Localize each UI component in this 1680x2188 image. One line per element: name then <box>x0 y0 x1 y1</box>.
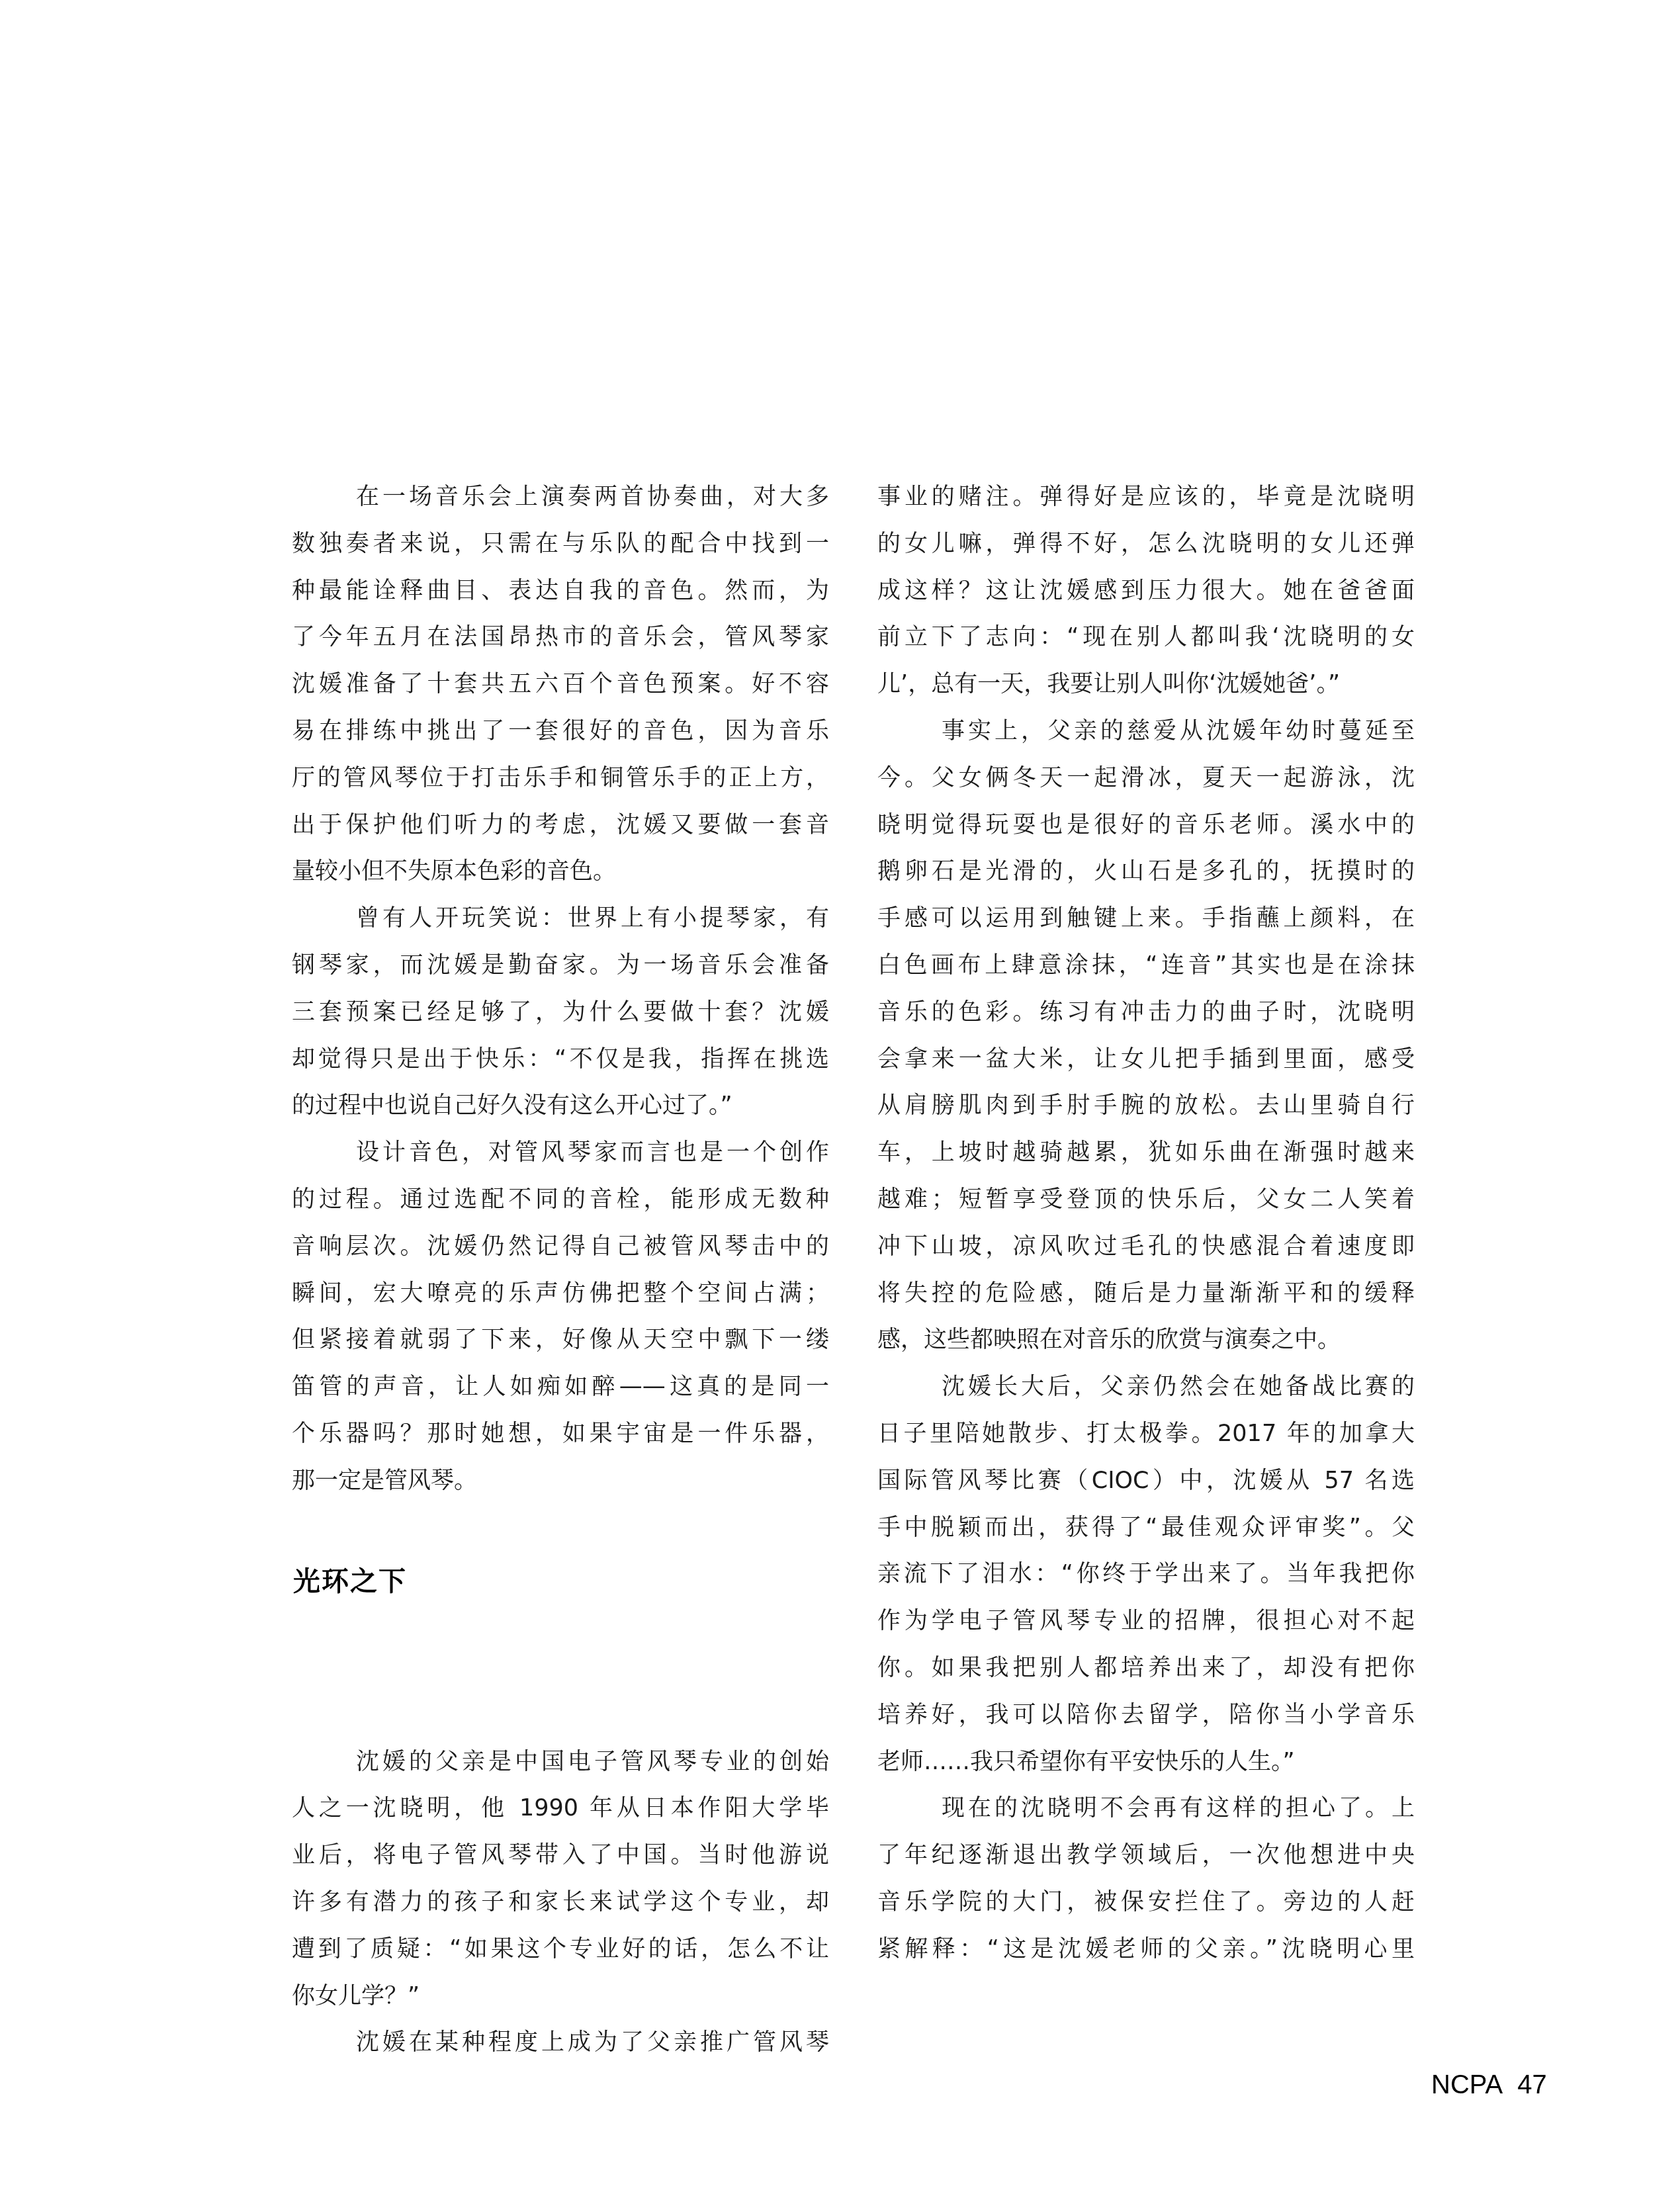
text-line: 的女儿嘛，弹得不好，怎么沈晓明的女儿还弹 <box>877 521 1415 568</box>
text-line: 瞬间，宏大嘹亮的乐声仿佛把整个空间占满； <box>292 1270 829 1317</box>
text-line: 个乐器吗？那时她想，如果宇宙是一件乐器， <box>292 1411 829 1458</box>
paragraph: 事业的赌注。弹得好是应该的，毕竟是沈晓明 的女儿嘛，弹得不好，怎么沈晓明的女儿还… <box>877 474 1415 708</box>
text-line: 音乐学院的大门，被保安拦住了。旁边的人赶 <box>877 1879 1415 1926</box>
text-line: 出于保护他们听力的考虑，沈媛又要做一套音 <box>292 802 829 849</box>
text-line: 你。如果我把别人都培养出来了，却没有把你 <box>877 1645 1415 1692</box>
text-line: 设计音色，对管风琴家而言也是一个创作 <box>292 1129 829 1176</box>
paragraph: 在一场音乐会上演奏两首协奏曲，对大多 数独奏者来说，只需在与乐队的配合中找到一 … <box>292 474 829 895</box>
text-line: 手中脱颖而出，获得了“最佳观众评审奖”。父 <box>877 1505 1415 1552</box>
text-line: 厅的管风琴位于打击乐手和铜管乐手的正上方， <box>292 755 829 802</box>
magazine-page: 在一场音乐会上演奏两首协奏曲，对大多 数独奏者来说，只需在与乐队的配合中找到一 … <box>0 0 1680 2188</box>
text-line: 沈媛准备了十套共五六百个音色预案。好不容 <box>292 661 829 708</box>
text-line: 却觉得只是出于快乐：“不仅是我，指挥在挑选 <box>292 1036 829 1083</box>
paragraph: 沈媛的父亲是中国电子管风琴专业的创始 人之一沈晓明，他 1990 年从日本作阳大… <box>292 1739 829 2020</box>
text-line: 沈媛的父亲是中国电子管风琴专业的创始 <box>292 1739 829 1786</box>
text-line: 感，这些都映照在对音乐的欣赏与演奏之中。 <box>877 1317 1415 1364</box>
text-line: 手感可以运用到触键上来。手指蘸上颜料，在 <box>877 895 1415 942</box>
text-line: 了年纪逐渐退出教学领域后，一次他想进中央 <box>877 1832 1415 1879</box>
section-heading: 光环之下 <box>293 1565 407 1598</box>
text-line: 种最能诠释曲目、表达自我的音色。然而，为 <box>292 568 829 615</box>
text-line: 音乐的色彩。练习有冲击力的曲子时，沈晓明 <box>877 989 1415 1036</box>
text-line: 国际管风琴比赛（CIOC）中，沈媛从 57 名选 <box>877 1458 1415 1505</box>
text-line: 冲下山坡，凉风吹过毛孔的快感混合着速度即 <box>877 1223 1415 1270</box>
text-line: 笛管的声音，让人如痴如醉——这真的是同一 <box>292 1364 829 1411</box>
paragraph: 设计音色，对管风琴家而言也是一个创作 的过程。通过选配不同的音栓，能形成无数种 … <box>292 1129 829 1504</box>
text-line: 从肩膀肌肉到手肘手腕的放松。去山里骑自行 <box>877 1082 1415 1129</box>
text-line: 你女儿学？” <box>292 1973 829 2020</box>
text-line: 日子里陪她散步、打太极拳。2017 年的加拿大 <box>877 1411 1415 1458</box>
text-line: 白色画布上肆意涂抹，“连音”其实也是在涂抹 <box>877 942 1415 989</box>
right-column: 事业的赌注。弹得好是应该的，毕竟是沈晓明 的女儿嘛，弹得不好，怎么沈晓明的女儿还… <box>877 474 1415 1973</box>
text-line: 许多有潜力的孩子和家长来试学这个专业，却 <box>292 1879 829 1926</box>
text-line: 车，上坡时越骑越累，犹如乐曲在渐强时越来 <box>877 1129 1415 1176</box>
page-footer: NCPA47 <box>1431 2067 1547 2103</box>
text-line: 人之一沈晓明，他 1990 年从日本作阳大学毕 <box>292 1785 829 1832</box>
text-line: 前立下了志向：“现在别人都叫我‘沈晓明的女 <box>877 614 1415 661</box>
text-line: 晓明觉得玩耍也是很好的音乐老师。溪水中的 <box>877 802 1415 849</box>
text-line: 音响层次。沈媛仍然记得自己被管风琴击中的 <box>292 1223 829 1270</box>
text-line: 越难；短暂享受登顶的快乐后，父女二人笑着 <box>877 1176 1415 1223</box>
text-line: 但紧接着就弱了下来，好像从天空中飘下一缕 <box>292 1317 829 1364</box>
text-line: 事实上，父亲的慈爱从沈媛年幼时蔓延至 <box>877 708 1415 755</box>
section-heading-block: 光环之下 <box>292 1505 829 1739</box>
text-line: 作为学电子管风琴专业的招牌，很担心对不起 <box>877 1598 1415 1645</box>
text-line: 遭到了质疑：“如果这个专业好的话，怎么不让 <box>292 1926 829 1973</box>
text-line: 钢琴家，而沈媛是勤奋家。为一场音乐会准备 <box>292 942 829 989</box>
text-line: 数独奏者来说，只需在与乐队的配合中找到一 <box>292 521 829 568</box>
text-line: 今。父女俩冬天一起滑冰，夏天一起游泳，沈 <box>877 755 1415 802</box>
text-line: 亲流下了泪水：“你终于学出来了。当年我把你 <box>877 1551 1415 1598</box>
paragraph: 沈媛长大后，父亲仍然会在她备战比赛的 日子里陪她散步、打太极拳。2017 年的加… <box>877 1364 1415 1785</box>
text-line: 的过程。通过选配不同的音栓，能形成无数种 <box>292 1176 829 1223</box>
paragraph: 事实上，父亲的慈爱从沈媛年幼时蔓延至 今。父女俩冬天一起滑冰，夏天一起游泳，沈 … <box>877 708 1415 1364</box>
text-line: 在一场音乐会上演奏两首协奏曲，对大多 <box>292 474 829 521</box>
text-line: 现在的沈晓明不会再有这样的担心了。上 <box>877 1785 1415 1832</box>
text-line: 会拿来一盆大米，让女儿把手插到里面，感受 <box>877 1036 1415 1083</box>
text-line: 鹅卵石是光滑的，火山石是多孔的，抚摸时的 <box>877 848 1415 895</box>
page-number: 47 <box>1517 2070 1547 2099</box>
left-column: 在一场音乐会上演奏两首协奏曲，对大多 数独奏者来说，只需在与乐队的配合中找到一 … <box>292 474 829 2066</box>
text-line: 儿’，总有一天，我要让别人叫你‘沈媛她爸’。” <box>877 661 1415 708</box>
text-line: 将失控的危险感，随后是力量渐渐平和的缓释 <box>877 1270 1415 1317</box>
text-line: 事业的赌注。弹得好是应该的，毕竟是沈晓明 <box>877 474 1415 521</box>
magazine-name: NCPA <box>1431 2070 1503 2099</box>
text-line: 业后，将电子管风琴带入了中国。当时他游说 <box>292 1832 829 1879</box>
text-line: 沈媛在某种程度上成为了父亲推广管风琴 <box>292 2019 829 2066</box>
text-line: 了今年五月在法国昂热市的音乐会，管风琴家 <box>292 614 829 661</box>
text-line: 三套预案已经足够了，为什么要做十套？沈媛 <box>292 989 829 1036</box>
text-line: 沈媛长大后，父亲仍然会在她备战比赛的 <box>877 1364 1415 1411</box>
paragraph: 沈媛在某种程度上成为了父亲推广管风琴 <box>292 2019 829 2066</box>
text-line: 培养好，我可以陪你去留学，陪你当小学音乐 <box>877 1692 1415 1739</box>
text-line: 紧解释：“这是沈媛老师的父亲。”沈晓明心里 <box>877 1926 1415 1973</box>
text-line: 曾有人开玩笑说：世界上有小提琴家，有 <box>292 895 829 942</box>
text-line: 成这样？这让沈媛感到压力很大。她在爸爸面 <box>877 568 1415 615</box>
paragraph: 曾有人开玩笑说：世界上有小提琴家，有 钢琴家，而沈媛是勤奋家。为一场音乐会准备 … <box>292 895 829 1129</box>
paragraph: 现在的沈晓明不会再有这样的担心了。上 了年纪逐渐退出教学领域后，一次他想进中央 … <box>877 1785 1415 1972</box>
text-line: 量较小但不失原本色彩的音色。 <box>292 848 829 895</box>
text-line: 易在排练中挑出了一套很好的音色，因为音乐 <box>292 708 829 755</box>
text-line: 的过程中也说自己好久没有这么开心过了。” <box>292 1082 829 1129</box>
text-line: 老师……我只希望你有平安快乐的人生。” <box>877 1739 1415 1786</box>
text-line: 那一定是管风琴。 <box>292 1458 829 1505</box>
